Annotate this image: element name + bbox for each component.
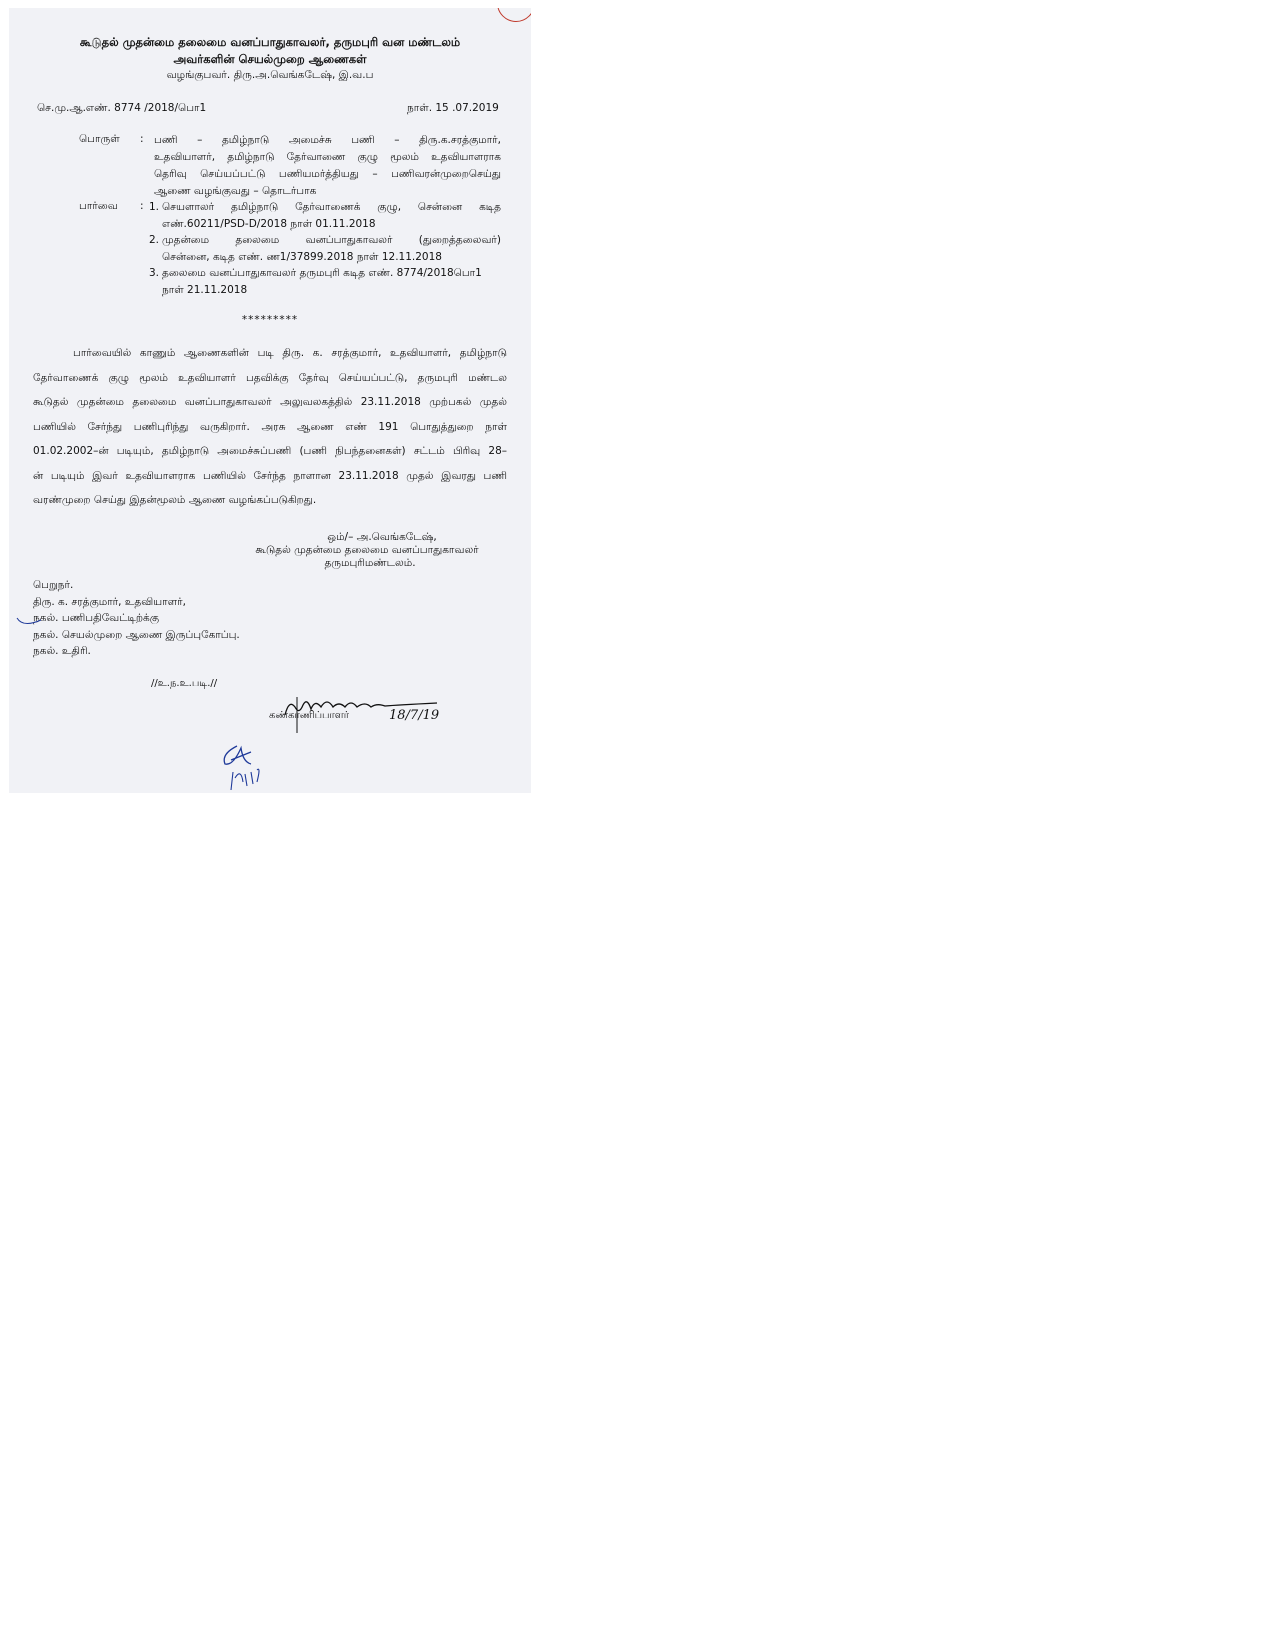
- recipient-item: திரு. க. சரத்குமார், உதவியாளர்,: [33, 594, 240, 611]
- scanned-document-page: கூடுதல் முதன்மை தலைமை வனப்பாதுகாவலர், தர…: [9, 8, 531, 793]
- reference-number-1: 1.: [149, 199, 162, 216]
- blue-tick-mark: [15, 614, 45, 628]
- reference-line: தலைமை வனப்பாதுகாவலர் தருமபுரி கடித எண். …: [162, 265, 501, 282]
- subject-text: பணி – தமிழ்நாடு அமைச்சு பணி – திரு.க.சரத…: [154, 132, 501, 200]
- subject-line: ஆணை வழங்குவது – தொடர்பாக: [154, 183, 501, 200]
- recipients-heading: பெறுநர்.: [33, 577, 240, 594]
- recipients-list: பெறுநர். திரு. க. சரத்குமார், உதவியாளர்,…: [33, 577, 240, 660]
- reference-line: சென்னை, கடித எண். ண1/37899.2018 நாள் 12.…: [149, 249, 501, 266]
- header-order-title: அவர்களின் செயல்முறை ஆணைகள்: [9, 52, 531, 68]
- reference-line: முதன்மை தலைமை வனப்பாதுகாவலர் (துறைத்தலைவ…: [162, 232, 501, 249]
- reference-item-3: 3. தலைமை வனப்பாதுகாவலர் தருமபுரி கடித எண…: [149, 265, 501, 299]
- body-line: ன் படியும் இவர் உதவியாளராக பணியில் சேர்ந…: [33, 464, 507, 489]
- reference-item-1: 1. செயளாலர் தமிழ்நாடு தேர்வாணைக் குழு, ச…: [149, 199, 501, 233]
- header-issued-by: வழங்குபவர். திரு.அ.வெங்கடேஷ், இ.வ.ப: [9, 69, 531, 82]
- separator-asterisks: *********: [9, 314, 531, 326]
- reference-number: செ.மு.ஆ.எண். 8774 /2018/பொ1: [37, 102, 206, 115]
- references-label: பார்வை: [79, 200, 118, 213]
- reference-line: எண்.60211/PSD-D/2018 நாள் 01.11.2018: [149, 216, 501, 233]
- subject-colon: :: [140, 133, 144, 145]
- reference-item-2: 2. முதன்மை தலைமை வனப்பாதுகாவலர் (துறைத்த…: [149, 232, 501, 266]
- subject-label: பொருள்: [79, 133, 120, 146]
- signature-block: ஒம்/– அ.வெங்கடேஷ், கூடுதல் முதன்மை தலைமை…: [237, 531, 497, 570]
- subject-line: உதவியாளர், தமிழ்நாடு தேர்வாணை குழு மூலம்…: [154, 149, 501, 166]
- copy-item: நகல். உதிரி.: [33, 643, 240, 660]
- body-line: வரண்முறை செய்து இதன்மூலம் ஆணை வழங்கப்படு…: [33, 488, 507, 513]
- reference-line: நாள் 21.11.2018: [149, 282, 501, 299]
- order-body-paragraph: பார்வையில் காணும் ஆணைகளின் படி திரு. க. …: [33, 341, 507, 513]
- header-office-title: கூடுதல் முதன்மை தலைமை வனப்பாதுகாவலர், தர…: [9, 35, 531, 51]
- references-colon: :: [140, 200, 144, 212]
- red-stamp-mark: [497, 8, 531, 22]
- body-line: கூடுதல் முதன்மை தலைமை வனப்பாதுகாவலர் அலு…: [33, 390, 507, 415]
- body-line: தேர்வாணைக் குழு மூலம் உதவியாளர் பதவிக்கு…: [33, 366, 507, 391]
- body-line: 01.02.2002–ன் படியும், தமிழ்நாடு அமைச்சு…: [33, 439, 507, 464]
- order-date: நாள். 15 .07.2019: [407, 102, 499, 115]
- reference-number-3: 3.: [149, 265, 162, 282]
- true-copy-label: //உ.ந.உ.படி.//: [151, 678, 217, 690]
- reference-line: செயளாலர் தமிழ்நாடு தேர்வாணைக் குழு, சென்…: [162, 199, 501, 216]
- body-line: பார்வையில் காணும் ஆணைகளின் படி திரு. க. …: [33, 341, 507, 366]
- signatory-designation: கூடுதல் முதன்மை தலைமை வனப்பாதுகாவலர்: [237, 544, 497, 557]
- signed-name: ஒம்/– அ.வெங்கடேஷ்,: [237, 531, 497, 544]
- blue-initials-icon: [217, 738, 277, 793]
- handwritten-date: 18/7/19: [389, 708, 439, 723]
- reference-number-2: 2.: [149, 232, 162, 249]
- copy-item: நகல். பணிபதிவேட்டிற்க்கு: [33, 610, 240, 627]
- body-line: பணியில் சேர்ந்து பணிபுரிந்து வருகிறார். …: [33, 415, 507, 440]
- copy-item: நகல். செயல்முறை ஆணை இருப்புகோப்பு.: [33, 627, 240, 644]
- subject-line: பணி – தமிழ்நாடு அமைச்சு பணி – திரு.க.சரத…: [154, 132, 501, 149]
- subject-line: தெரிவு செய்யப்பட்டு பணியமர்த்தியது – பணி…: [154, 166, 501, 183]
- signatory-circle: தருமபுரிமண்டலம்.: [237, 557, 497, 570]
